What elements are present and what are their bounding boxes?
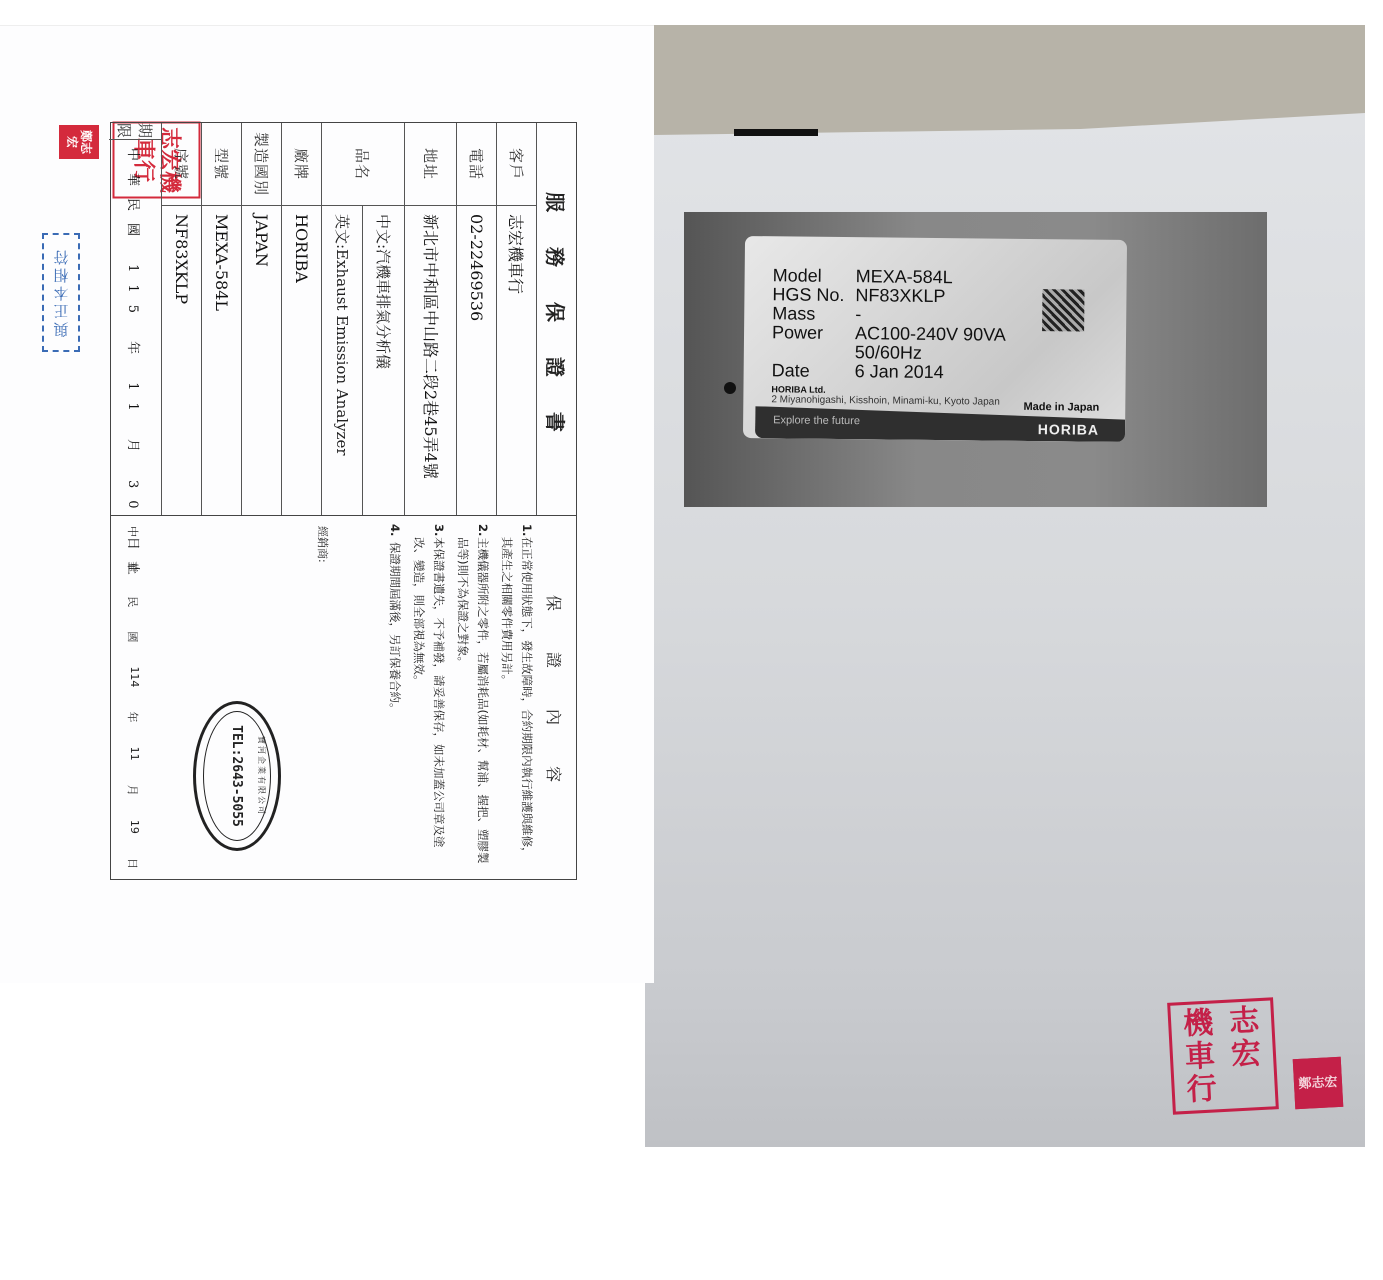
term-number: 2. xyxy=(453,524,493,537)
field-label: 品名 xyxy=(322,123,404,206)
nameplate-specs: ModelMEXA-584L HGS No.NF83XKLP Mass- Pow… xyxy=(772,266,1007,382)
spec-value: 6 Jan 2014 xyxy=(855,362,944,382)
issue-date-part: 年 xyxy=(125,712,141,723)
made-in-label: Made in Japan xyxy=(1023,401,1099,414)
warranty-form: 服 務 保 證 書 客戶 志宏機車行 電話 02-22469536 地址 新北市… xyxy=(110,122,577,880)
tape-strip xyxy=(734,129,818,136)
product-info-table: 服 務 保 證 書 客戶 志宏機車行 電話 02-22469536 地址 新北市… xyxy=(111,123,576,516)
company-seal-stamp-photo: 機 志 車 宏 行 xyxy=(1167,997,1279,1114)
field-label: 地址 xyxy=(405,123,456,206)
field-address: 地址 新北市中和區中山路二段2巷45弄4號 xyxy=(404,123,456,515)
term-item: 2.主機儀器所附之零件，若屬消耗品(如耗材、幫浦、握把、塑膠製品等)則不為保證之… xyxy=(453,524,493,869)
issue-date-part: 19 xyxy=(125,820,141,834)
certified-copy-stamp: 與正本相符 xyxy=(42,233,80,352)
term-text: 主機儀器所附之零件，若屬消耗品(如耗材、幫浦、握把、塑膠製品等)則不為保證之對象… xyxy=(453,537,493,869)
issue-date-part: 日 xyxy=(125,858,141,869)
seal-char xyxy=(1225,1086,1271,1088)
field-value: JAPAN xyxy=(242,206,281,515)
brand-logo: HORIBA xyxy=(1038,421,1099,438)
field-product-name: 品名 中文:汽機車排氣分析儀 英文:Exhaust Emission Analy… xyxy=(321,123,404,515)
spec-value: - xyxy=(855,305,861,324)
term-item: 1.在正常使用狀態下，發生故障時，合約期限內執行維護與維修，其產生之相關零件費用… xyxy=(497,524,537,869)
field-customer: 客戶 志宏機車行 xyxy=(496,123,536,515)
seal-char: 行 xyxy=(1178,1073,1226,1107)
spec-key: Power xyxy=(772,323,855,343)
field-label: 序號 xyxy=(162,123,201,206)
field-value: MEXA-584L xyxy=(202,206,241,515)
issue-date-part: 民 xyxy=(125,596,141,607)
product-name-en: 英文:Exhaust Emission Analyzer xyxy=(322,206,363,515)
field-phone: 電話 02-22469536 xyxy=(456,123,496,515)
spec-row: Date6 Jan 2014 xyxy=(772,361,1006,382)
nameplate-label: ModelMEXA-584L HGS No.NF83XKLP Mass- Pow… xyxy=(743,236,1127,442)
dealer-stamp-tel: TEL:2643-5055 xyxy=(230,725,245,827)
field-value: 02-22469536 xyxy=(457,206,496,515)
terms-title: 保 證 內 容 xyxy=(543,516,566,879)
spec-key: Date xyxy=(772,361,855,381)
seal-char: 宏 xyxy=(1222,1038,1270,1072)
field-label: 客戶 xyxy=(497,123,536,206)
mount-hole xyxy=(724,382,736,394)
brand-slogan: Explore the future xyxy=(773,414,860,427)
dealer-stamp-company: 寶河企業有限公司 xyxy=(256,736,267,816)
manufacturer-name: HORIBA Ltd. xyxy=(771,384,825,395)
personal-seal-stamp: 鄭志宏 xyxy=(59,125,99,159)
warranty-form-wrapper: 服 務 保 證 書 客戶 志宏機車行 電話 02-22469536 地址 新北市… xyxy=(110,122,577,880)
term-item: 3.本保證書遺失，不予補發，請妥善保存，如未加蓋公司章及塗改、變造，則全部視為無… xyxy=(409,524,449,869)
term-text: 在正常使用狀態下，發生故障時，合約期限內執行維護與維修，其產生之相關零件費用另計… xyxy=(497,537,537,869)
issue-date-part: 中 xyxy=(125,526,141,537)
spec-key: Mass xyxy=(772,304,855,324)
spec-key xyxy=(772,342,855,362)
spec-value: MEXA-584L xyxy=(856,267,953,287)
field-expiry: 期限 中華民國 115 年 11 月 30 日止 xyxy=(109,123,161,515)
seal-char: 車 xyxy=(1176,1040,1224,1074)
field-label: 電話 xyxy=(457,123,496,206)
field-label: 期限 xyxy=(109,123,161,140)
issue-date-part: 114 xyxy=(125,666,141,687)
field-country: 製造國別 JAPAN xyxy=(241,123,281,515)
issue-date: 中 華 民 國 114 年 11 月 19 日 xyxy=(125,526,141,869)
issue-date-part: 11 xyxy=(125,747,141,761)
spec-value: 50/60Hz xyxy=(855,343,922,363)
field-model: 型號 MEXA-584L xyxy=(201,123,241,515)
issue-date-part: 月 xyxy=(125,785,141,796)
term-number: 4. xyxy=(385,524,405,542)
term-number: 3. xyxy=(409,524,449,537)
seal-char: 志 xyxy=(1220,1005,1268,1039)
field-serial: 序號 NF83XKLP xyxy=(161,123,201,515)
field-value: HORIBA xyxy=(282,206,321,515)
nameplate-photo: ModelMEXA-584L HGS No.NF83XKLP Mass- Pow… xyxy=(654,25,1365,983)
form-title: 服 務 保 證 書 xyxy=(536,123,576,515)
field-value: NF83XKLP xyxy=(162,206,201,515)
background-wall xyxy=(654,25,1365,145)
term-text: 本保證書遺失，不予補發，請妥善保存，如未加蓋公司章及塗改、變造，則全部視為無效。 xyxy=(409,537,449,869)
dealer-stamp: 寶河企業有限公司 TEL:2643-5055 xyxy=(193,701,281,851)
spec-key: HGS No. xyxy=(772,285,855,305)
term-text: 保證期間屆滿後，另訂保養合約。 xyxy=(385,542,405,715)
spec-row: PowerAC100-240V 90VA xyxy=(772,323,1006,344)
field-label: 型號 xyxy=(202,123,241,206)
issue-date-part: 華 xyxy=(125,561,141,572)
dealer-label: 經銷商: xyxy=(315,526,331,563)
warranty-terms-section: 保 證 內 容 1.在正常使用狀態下，發生故障時，合約期限內執行維護與維修，其產… xyxy=(111,516,576,879)
nameplate-printout: ModelMEXA-584L HGS No.NF83XKLP Mass- Pow… xyxy=(684,212,1267,507)
qr-code-icon xyxy=(1042,289,1084,331)
product-name-zh: 中文:汽機車排氣分析儀 xyxy=(363,206,405,515)
field-brand: 廠牌 HORIBA xyxy=(281,123,321,515)
field-label: 製造國別 xyxy=(242,123,281,206)
spec-value: NF83XKLP xyxy=(855,286,945,306)
field-label: 廠牌 xyxy=(282,123,321,206)
seal-char: 機 xyxy=(1175,1007,1223,1041)
issue-date-part: 國 xyxy=(125,631,141,642)
manufacturer-address: 2 Miyanohigashi, Kisshoin, Minami-ku, Ky… xyxy=(771,394,1000,407)
product-name-values: 中文:汽機車排氣分析儀 英文:Exhaust Emission Analyzer xyxy=(322,206,404,515)
terms-list: 1.在正常使用狀態下，發生故障時，合約期限內執行維護與維修，其產生之相關零件費用… xyxy=(385,516,537,879)
field-value: 志宏機車行 xyxy=(497,206,536,515)
field-value: 新北市中和區中山路二段2巷45弄4號 xyxy=(405,206,456,515)
spec-key: Model xyxy=(773,266,856,286)
term-item: 4.保證期間屆滿後，另訂保養合約。 xyxy=(385,524,405,869)
term-number: 1. xyxy=(497,524,537,537)
personal-seal-stamp-photo: 鄭志宏 xyxy=(1293,1057,1344,1109)
